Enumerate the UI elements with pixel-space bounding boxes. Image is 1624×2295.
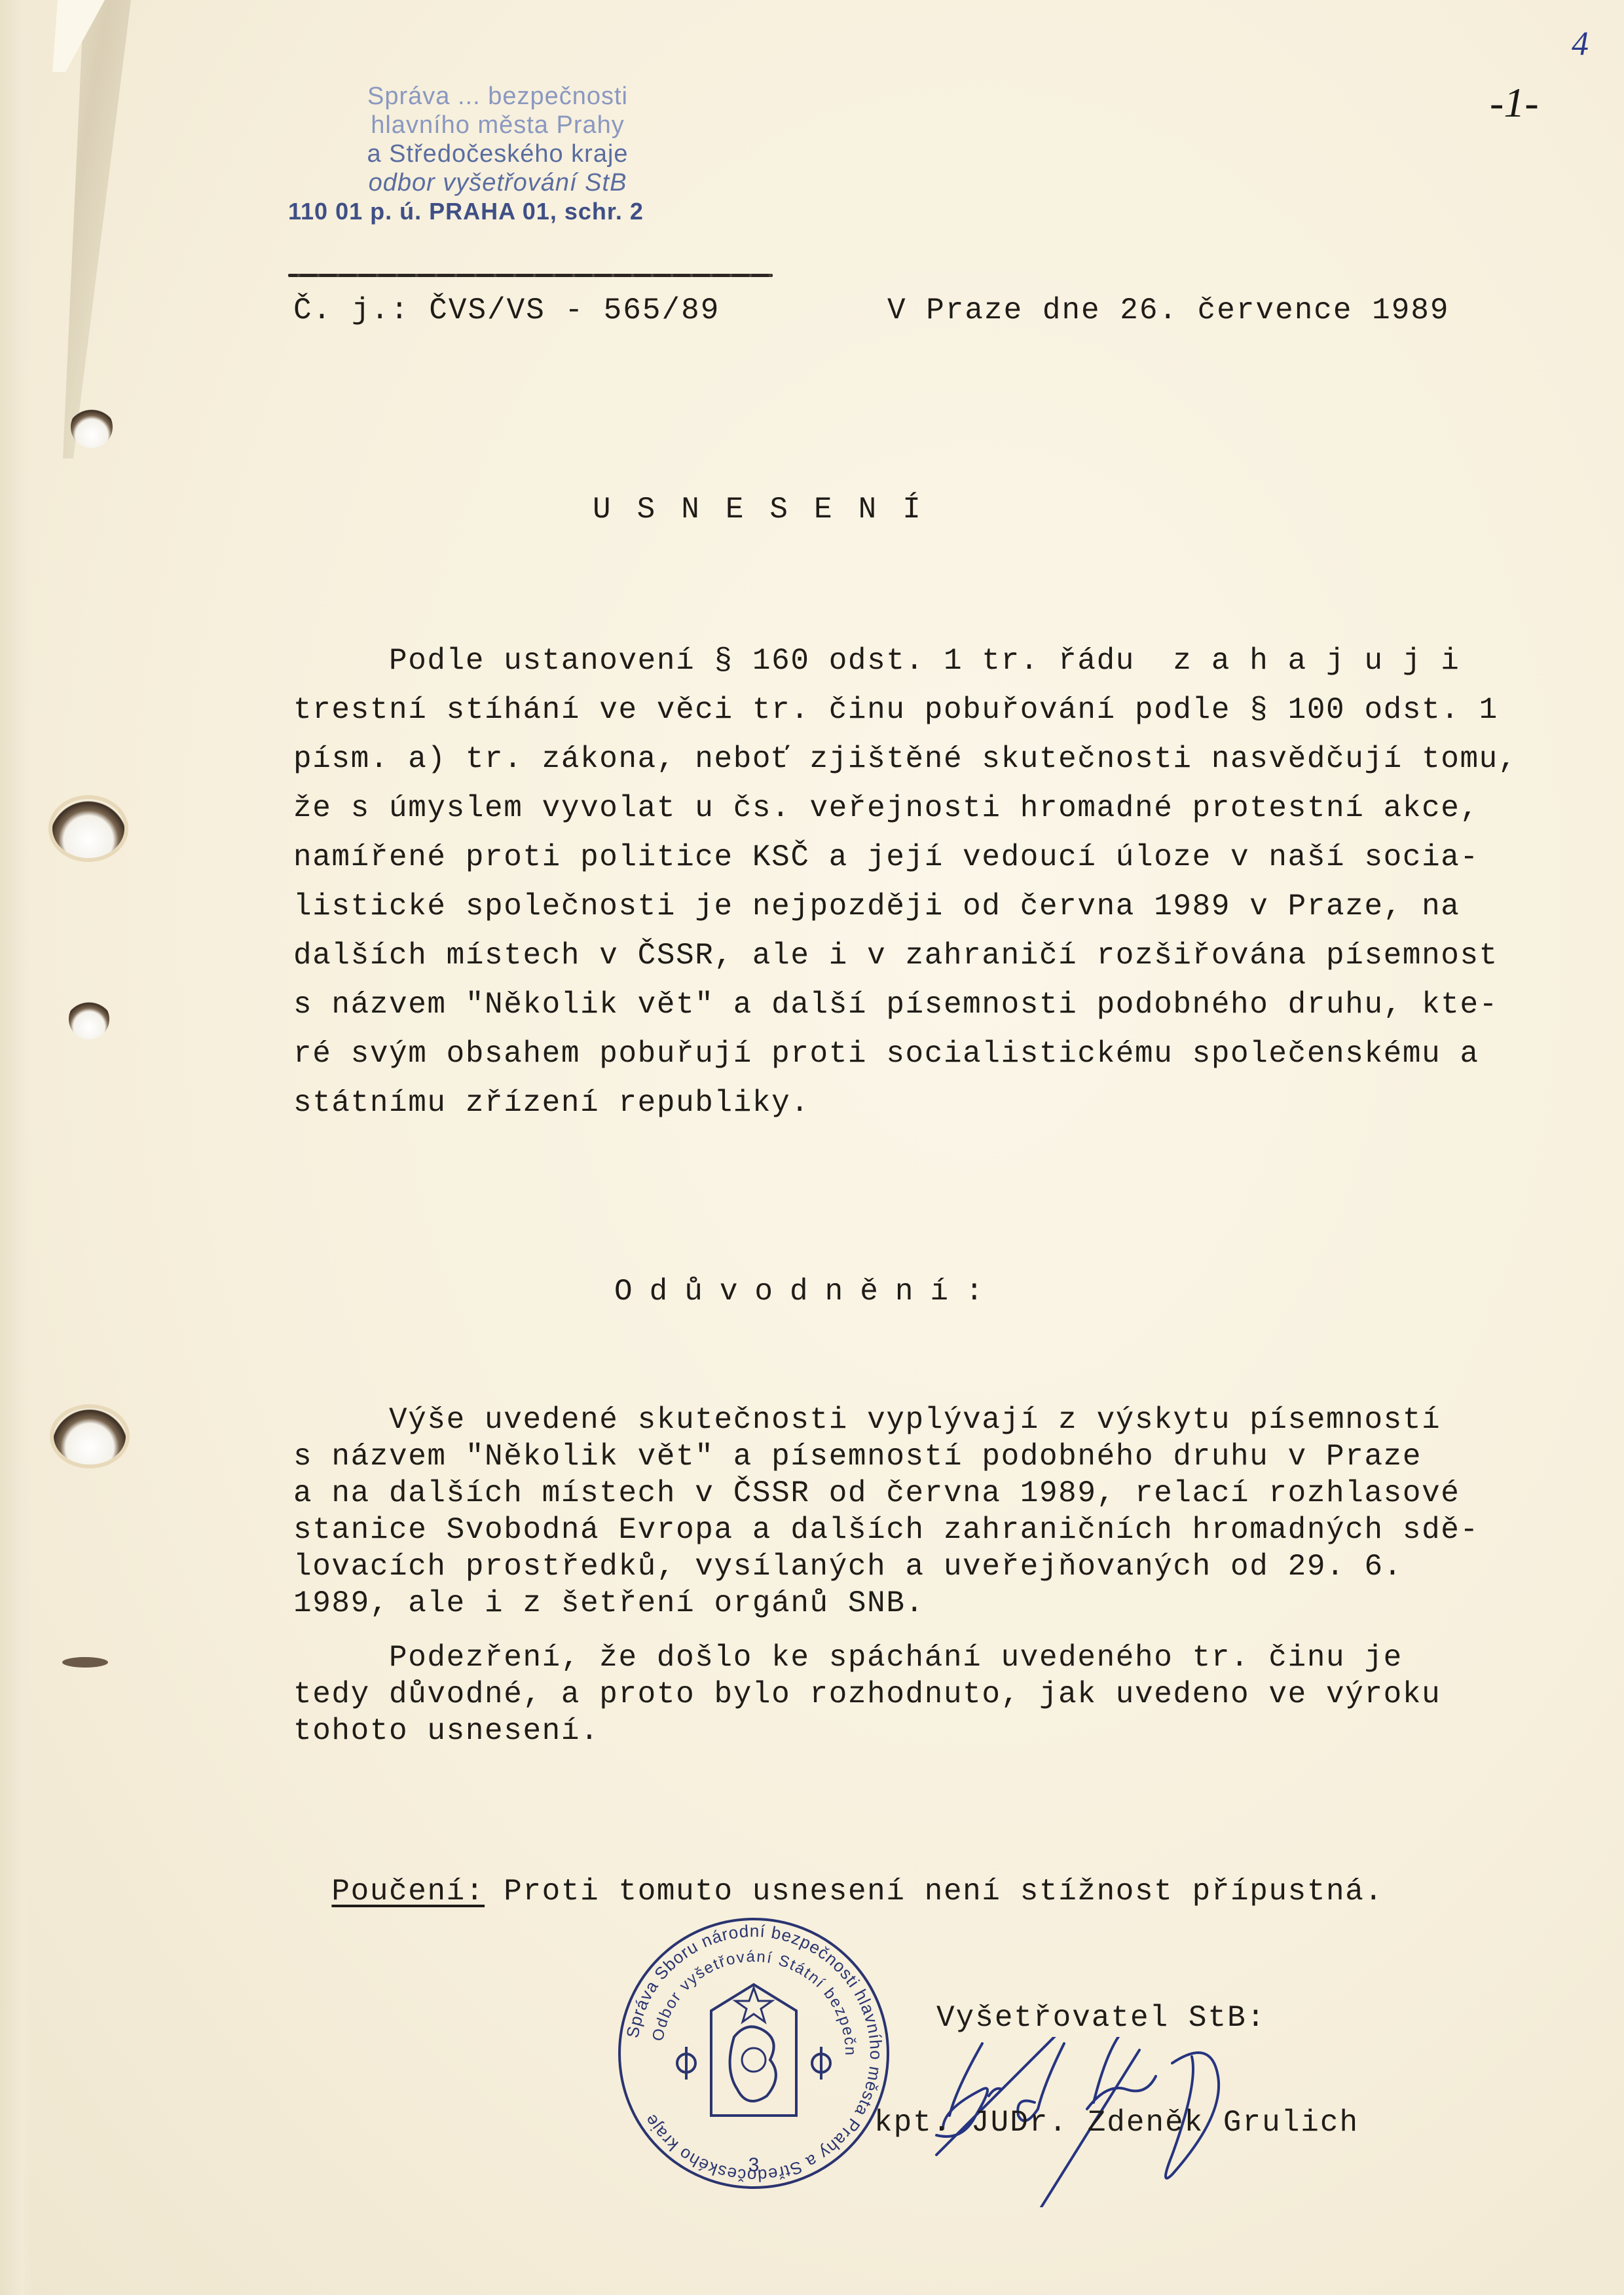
stamp-line: Správa ... bezpečnosti <box>249 82 747 111</box>
svg-text:3: 3 <box>748 2154 760 2176</box>
office-stamp: Správa ... bezpečnosti hlavního města Pr… <box>249 82 747 226</box>
handwritten-sheet-number: 4 <box>1572 25 1589 64</box>
reasoning-title: Odůvodnění: <box>614 1275 1001 1309</box>
place-and-date: V Praze dne 26. července 1989 <box>887 293 1450 327</box>
reference-number: Č. j.: ČVS/VS - 565/89 <box>293 293 720 327</box>
stamp-line: odbor vyšetřování StB <box>249 168 747 197</box>
stamp-line: a Středočeského kraje <box>249 140 747 168</box>
torn-punch-hole-icon <box>52 799 124 858</box>
signatory-role: Vyšetřovatel StB: <box>936 2001 1266 2035</box>
paper-tear-icon <box>62 1657 108 1668</box>
stamp-address: 110 01 p. ú. PRAHA 01, schr. 2 <box>249 197 747 226</box>
torn-punch-hole-icon <box>54 1408 126 1465</box>
stamp-line: hlavního města Prahy <box>249 111 747 140</box>
legal-notice: Poučení: Proti tomuto usnesení není stíž… <box>293 1840 1384 1909</box>
document-title: USNESENÍ <box>593 493 947 527</box>
operative-paragraph: Podle ustanovení § 160 odst. 1 tr. řádu … <box>293 637 1517 1128</box>
punch-hole-icon <box>71 406 113 448</box>
reasoning-paragraph: Výše uvedené skutečnosti vyplývají z výs… <box>293 1402 1479 1622</box>
header-rule <box>288 274 773 277</box>
notice-label: Poučení: <box>331 1875 485 1909</box>
signatory-name: kpt. JUDr. Zdeněk Grulich <box>874 2106 1359 2140</box>
binding-edge <box>0 0 31 2295</box>
page-marker: -1- <box>1490 79 1539 127</box>
official-seal-icon: Správa Sboru národní bezpečnosti hlavníh… <box>613 1912 895 2194</box>
punch-hole-icon <box>69 999 109 1039</box>
notice-text: Proti tomuto usnesení není stížnost příp… <box>485 1875 1384 1909</box>
reasoning-paragraph: Podezření, že došlo ke spáchání uvedenéh… <box>293 1639 1441 1749</box>
